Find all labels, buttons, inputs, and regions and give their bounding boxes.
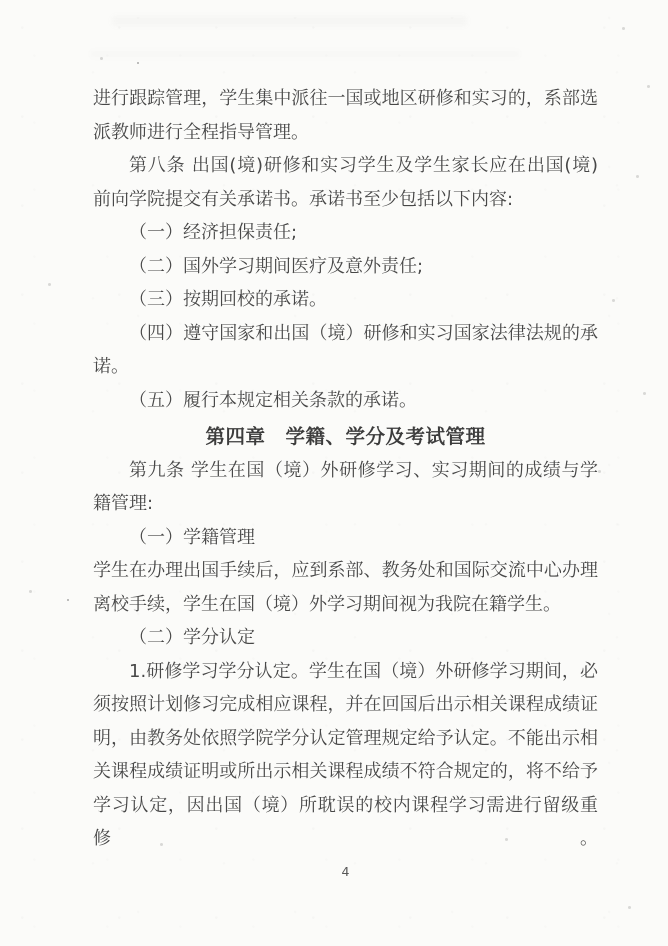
scan-speck <box>160 843 163 846</box>
scan-speck <box>622 27 625 30</box>
text-line: 进行跟踪管理，学生集中派往一国或地区研修和实习的，系部选 <box>93 82 598 116</box>
list-item: （三）按期回校的承诺。 <box>93 283 598 317</box>
bleedthrough-smudge <box>112 16 467 26</box>
text-line: 学生在办理出国手续后，应到系部、教务处和国际交流中心办理 <box>93 554 598 588</box>
text-line: 须按照计划修习完成相应课程，并在回国后出示相关课程成绩证 <box>93 688 598 722</box>
list-item: （二）学分认定 <box>93 621 598 655</box>
bleedthrough-smudge <box>90 50 520 58</box>
scan-speck <box>612 299 615 302</box>
text-line: 诺。 <box>93 350 598 384</box>
document-body: 进行跟踪管理，学生集中派往一国或地区研修和实习的，系部选 派教师进行全程指导管理… <box>93 82 598 822</box>
text-line: 离校手续，学生在国（境）外学习期间视为我院在籍学生。 <box>93 588 598 622</box>
scan-speck <box>100 57 103 60</box>
scanned-document-page: 进行跟踪管理，学生集中派往一国或地区研修和实习的，系部选 派教师进行全程指导管理… <box>0 0 668 946</box>
text-line: 关课程成绩证明或所出示相关课程成绩不符合规定的，将不给予 <box>93 755 598 789</box>
text-line: 籍管理: <box>93 487 598 521</box>
scan-speck <box>647 85 650 88</box>
list-item: （二）国外学习期间医疗及意外责任; <box>93 250 598 284</box>
list-item: （五）履行本规定相关条款的承诺。 <box>93 384 598 418</box>
text-line: 派教师进行全程指导管理。 <box>93 116 598 150</box>
scan-speck <box>643 392 646 395</box>
text-line: 第九条 学生在国（境）外研修学习、实习期间的成绩与学 <box>93 454 598 488</box>
chapter-heading: 第四章 学籍、学分及考试管理 <box>93 420 598 454</box>
text-line: 明，由教务处依照学院学分认定管理规定给予认定。不能出示相 <box>93 722 598 756</box>
list-item: （一）经济担保责任; <box>93 216 598 250</box>
scan-speck <box>598 470 601 473</box>
scan-speck <box>48 283 51 286</box>
scan-speck <box>67 599 69 601</box>
list-item: （四）遵守国家和出国（境）研修和实习国家法律法规的承 <box>93 317 598 351</box>
text-line: 前向学院提交有关承诺书。承诺书至少包括以下内容: <box>93 183 598 217</box>
list-item: （一）学籍管理 <box>93 521 598 555</box>
scan-speck <box>505 838 508 841</box>
text-line: 第八条 出国(境)研修和实习学生及学生家长应在出国(境) <box>93 149 598 183</box>
text-line: 1.研修学习学分认定。学生在国（境）外研修学习期间，必 <box>93 655 598 689</box>
scan-speck <box>29 590 32 593</box>
scan-speck <box>636 175 639 178</box>
scan-speck <box>628 906 631 909</box>
scan-speck <box>137 62 139 64</box>
page-number: 4 <box>93 864 598 879</box>
text-line: 学习认定，因出国（境）所耽误的校内课程学习需进行留级重修。 <box>93 789 598 823</box>
